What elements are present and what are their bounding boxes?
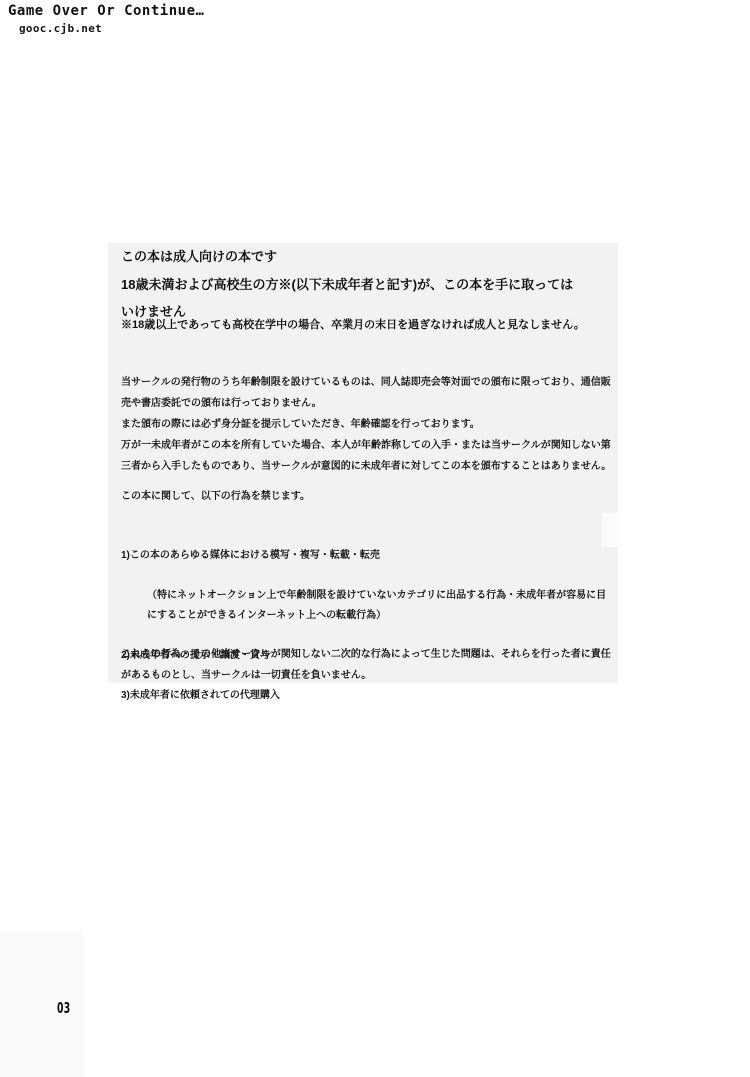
- page-number: 03: [57, 999, 71, 1017]
- book-title: Game Over Or Continue…: [8, 3, 204, 19]
- scanned-doujinshi-page: Game Over Or Continue… gooc.cjb.net この本は…: [0, 0, 750, 1077]
- circle-website-url: gooc.cjb.net: [19, 22, 102, 35]
- age-definition-footnote: ※18歳以上であっても高校在学中の場合、卒業月の末日を過ぎなければ成人と見なしま…: [121, 317, 615, 333]
- scan-artifact-notch: [602, 513, 620, 547]
- prohibited-item-1: 1)この本のあらゆる媒体における模写・複写・転載・転売: [121, 546, 615, 566]
- prohibited-item-1-parenthetical-note: （特にネットオークション上で年齢制限を設けていないカテゴリに出品する行為・未成年…: [147, 586, 615, 626]
- prohibited-item-3: 3)未成年者に依頼されての代理購入: [121, 686, 615, 706]
- liability-disclaimer-paragraph: これらの行為・その他当サークルが関知しない二次的な行為によって生じた問題は、それ…: [121, 644, 615, 686]
- adult-warning-heading: この本は成人向けの本です 18歳未満および高校生の方※(以下未成年者と記す)が、…: [121, 243, 615, 326]
- prohibition-intro: この本に関して、以下の行為を禁じます。: [121, 486, 615, 507]
- adult-disclaimer-panel: この本は成人向けの本です 18歳未満および高校生の方※(以下未成年者と記す)が、…: [108, 243, 618, 683]
- prohibited-actions-list: 1)この本のあらゆる媒体における模写・複写・転載・転売 （特にネットオークション…: [121, 526, 615, 726]
- distribution-policy-paragraph: 当サークルの発行物のうち年齢制限を設けているものは、同人誌即売会等対面での頒布に…: [121, 372, 615, 477]
